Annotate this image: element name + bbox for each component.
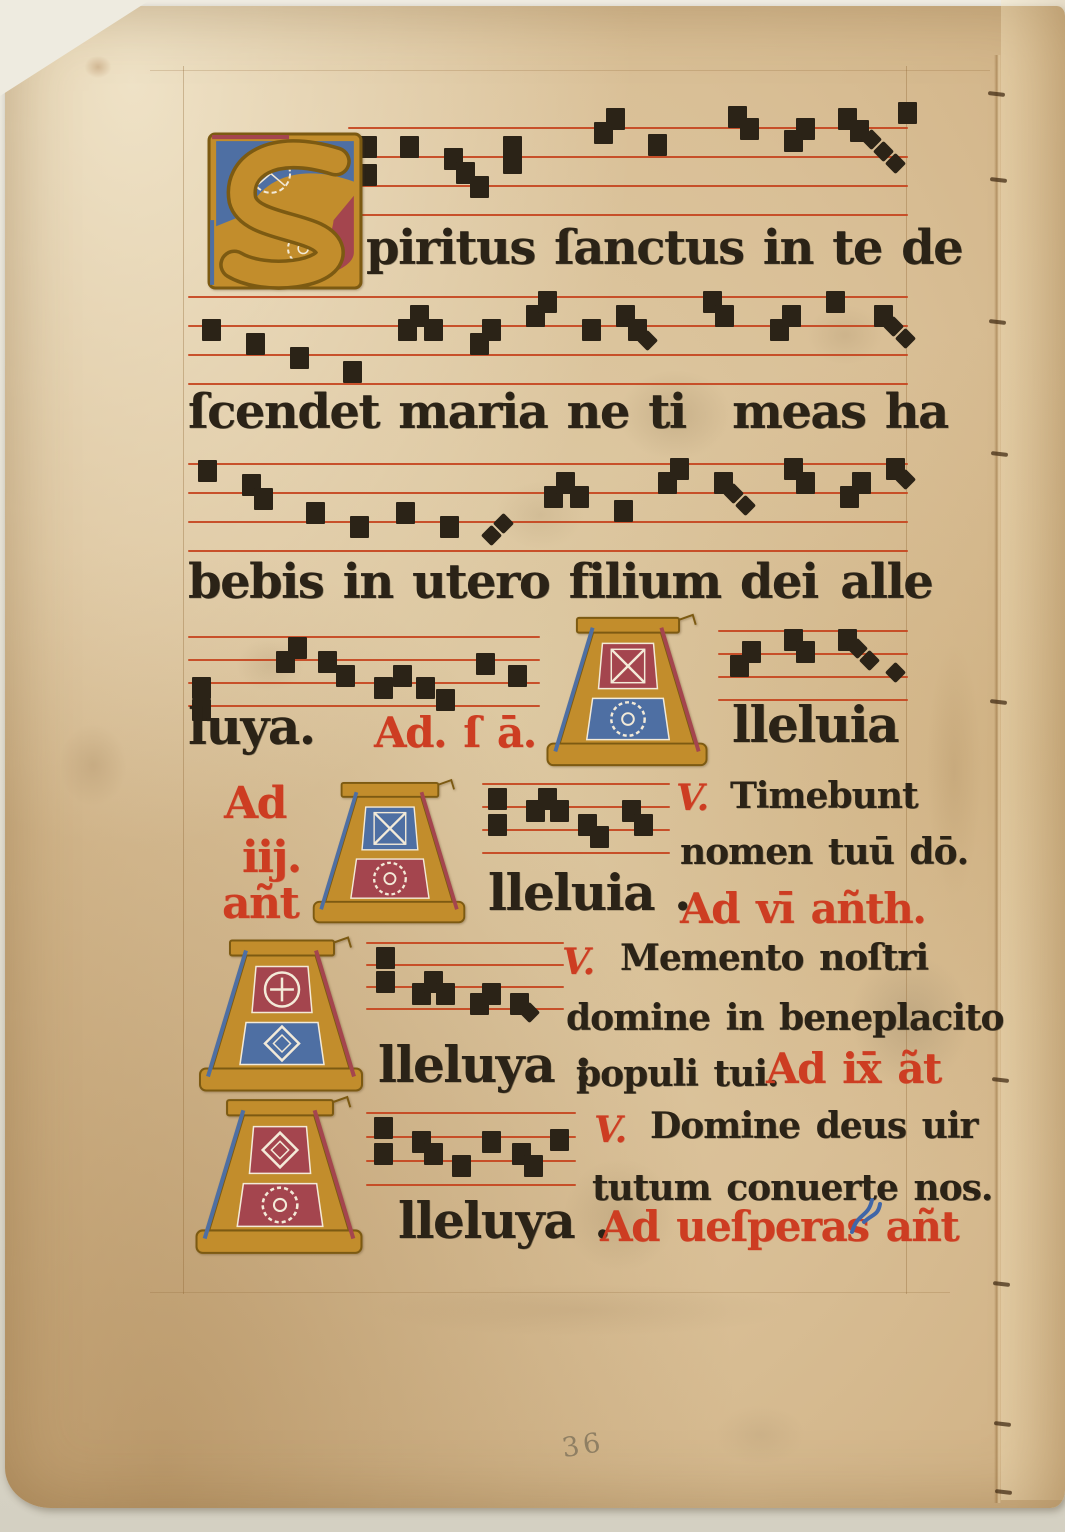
neume-punctum [198, 460, 217, 482]
folio-number-pencil: 36 [560, 1427, 607, 1464]
neume-punctum [482, 319, 501, 341]
versicle-mark-6: V. [562, 944, 594, 980]
neume-punctum [482, 983, 501, 1005]
versicle-7-line-1: Domine deus uir [650, 1108, 977, 1144]
neume-punctum [550, 1129, 569, 1151]
staff-line [366, 986, 564, 988]
staff-line [348, 214, 908, 216]
photograph: piritus ſanctus in te de ſcendet maria n… [0, 0, 1065, 1532]
neume-punctum [670, 458, 689, 480]
neume-punctum [482, 1131, 501, 1153]
fold-highlight [1001, 0, 1065, 1500]
ruling-line-bottom [150, 1292, 950, 1293]
staff-line [366, 1136, 576, 1138]
neume-punctum [416, 677, 435, 699]
ruling-line-left [183, 66, 184, 1294]
versicle-6-line-3: populi tui. [576, 1056, 778, 1092]
neume-punctum [796, 118, 815, 140]
margin-rubric-ad: Ad [224, 782, 286, 826]
neume-punctum [796, 641, 815, 663]
neume-punctum [343, 361, 362, 383]
neume-punctum [740, 118, 759, 140]
neume-punctum [550, 800, 569, 822]
staff-line [348, 156, 908, 158]
rubric-ad-ix-at: Ad ix̄ ãt [766, 1048, 941, 1090]
neume-punctum [488, 814, 507, 836]
chant-line-4-right: lleluia [732, 700, 898, 750]
neume-punctum [852, 472, 871, 494]
neume-punctum [350, 516, 369, 538]
versicle-5-line-1: Timebunt [730, 778, 918, 814]
neume-punctum [306, 502, 325, 524]
neume-punctum [570, 486, 589, 508]
neume-punctum [796, 472, 815, 494]
chant-line-2: ſcendet maria ne ti meas ha [188, 388, 948, 436]
ruling-line-top [150, 70, 990, 71]
neume-punctum [318, 651, 337, 673]
illuminated-initial-a-3-letter-A [196, 928, 366, 1106]
neume-punctum [246, 333, 265, 355]
illuminated-initial-s-letter-S [206, 131, 364, 291]
neume-punctum [336, 665, 355, 687]
neume-punctum [715, 305, 734, 327]
neume-punctum [202, 319, 221, 341]
staff-line [482, 806, 670, 808]
neume-punctum [436, 983, 455, 1005]
neume-punctum [470, 176, 489, 198]
blue-paraph-flourish [846, 1192, 884, 1238]
neume-punctum [192, 677, 211, 699]
neume-punctum [590, 826, 609, 848]
staff-line [482, 852, 670, 854]
versicle-7-line-2: tutum conuerte nos. [592, 1170, 992, 1206]
neume-punctum [614, 500, 633, 522]
versicle-6-line-1: Memento noſtri [620, 940, 928, 976]
neume-punctum [440, 516, 459, 538]
neume-punctum [826, 291, 845, 313]
margin-rubric-iij: iij. [242, 836, 301, 880]
staff-line [366, 1184, 576, 1186]
margin-rubric-ant: añt [222, 882, 298, 926]
staff-line [366, 1112, 576, 1114]
neume-punctum [634, 814, 653, 836]
illuminated-initial-a-4-letter-A [192, 1094, 366, 1262]
chant-line-4-left: luya. [188, 702, 315, 752]
neume-punctum [648, 134, 667, 156]
neume-diamond [885, 662, 906, 683]
alleluia-row5: lleluia . [488, 868, 690, 918]
staff-line [366, 964, 564, 966]
neume-punctum [503, 152, 522, 174]
illuminated-initial-a-2-letter-A [310, 774, 468, 934]
alleluia-row6: lleluya : [378, 1040, 591, 1090]
versicle-6-line-2: domine in beneplacito [566, 1000, 1004, 1036]
neume-punctum [254, 488, 273, 510]
chant-line-3: bebis in utero filium dei alle [188, 558, 932, 606]
neume-punctum [290, 347, 309, 369]
neume-punctum [742, 641, 761, 663]
staff-line [188, 550, 908, 552]
staff-line [188, 682, 540, 684]
staff-line [188, 521, 908, 523]
staff-line [348, 127, 908, 129]
neume-punctum [782, 305, 801, 327]
illuminated-initial-a-1-letter-A [543, 612, 711, 774]
neume-punctum [452, 1155, 471, 1177]
neume-punctum [374, 1143, 393, 1165]
staff-line [366, 1160, 576, 1162]
neume-punctum [393, 665, 412, 687]
neume-punctum [376, 947, 395, 969]
neume-punctum [376, 971, 395, 993]
neume-punctum [424, 319, 443, 341]
staff-line [348, 185, 908, 187]
neume-punctum [508, 665, 527, 687]
rubric-ad-s-a: Ad. ſ ā. [374, 712, 536, 754]
neume-punctum [396, 502, 415, 524]
neume-punctum [374, 1117, 393, 1139]
neume-punctum [582, 319, 601, 341]
versicle-mark-5: V. [676, 780, 708, 816]
music-staff [366, 942, 564, 1032]
neume-punctum [898, 102, 917, 124]
staff-line [366, 942, 564, 944]
rubric-ad-vi-anth: Ad vī añth. [680, 888, 925, 930]
staff-line [482, 783, 670, 785]
neume-punctum [488, 788, 507, 810]
rubric-ad-vesperas: Ad ueſperas añt [600, 1206, 958, 1248]
neume-punctum [606, 108, 625, 130]
chant-line-1: piritus ſanctus in te de [366, 224, 962, 272]
neume-punctum [476, 653, 495, 675]
versicle-5-line-2: nomen tuū dō. [680, 834, 968, 870]
staff-line [718, 630, 908, 632]
versicle-mark-7: V. [594, 1112, 626, 1148]
neume-punctum [288, 637, 307, 659]
neume-punctum [374, 677, 393, 699]
neume-punctum [424, 1143, 443, 1165]
neume-punctum [524, 1155, 543, 1177]
staff-line [188, 636, 540, 638]
neume-punctum [400, 136, 419, 158]
neume-punctum [538, 291, 557, 313]
alleluia-row7: lleluya . [398, 1196, 610, 1246]
